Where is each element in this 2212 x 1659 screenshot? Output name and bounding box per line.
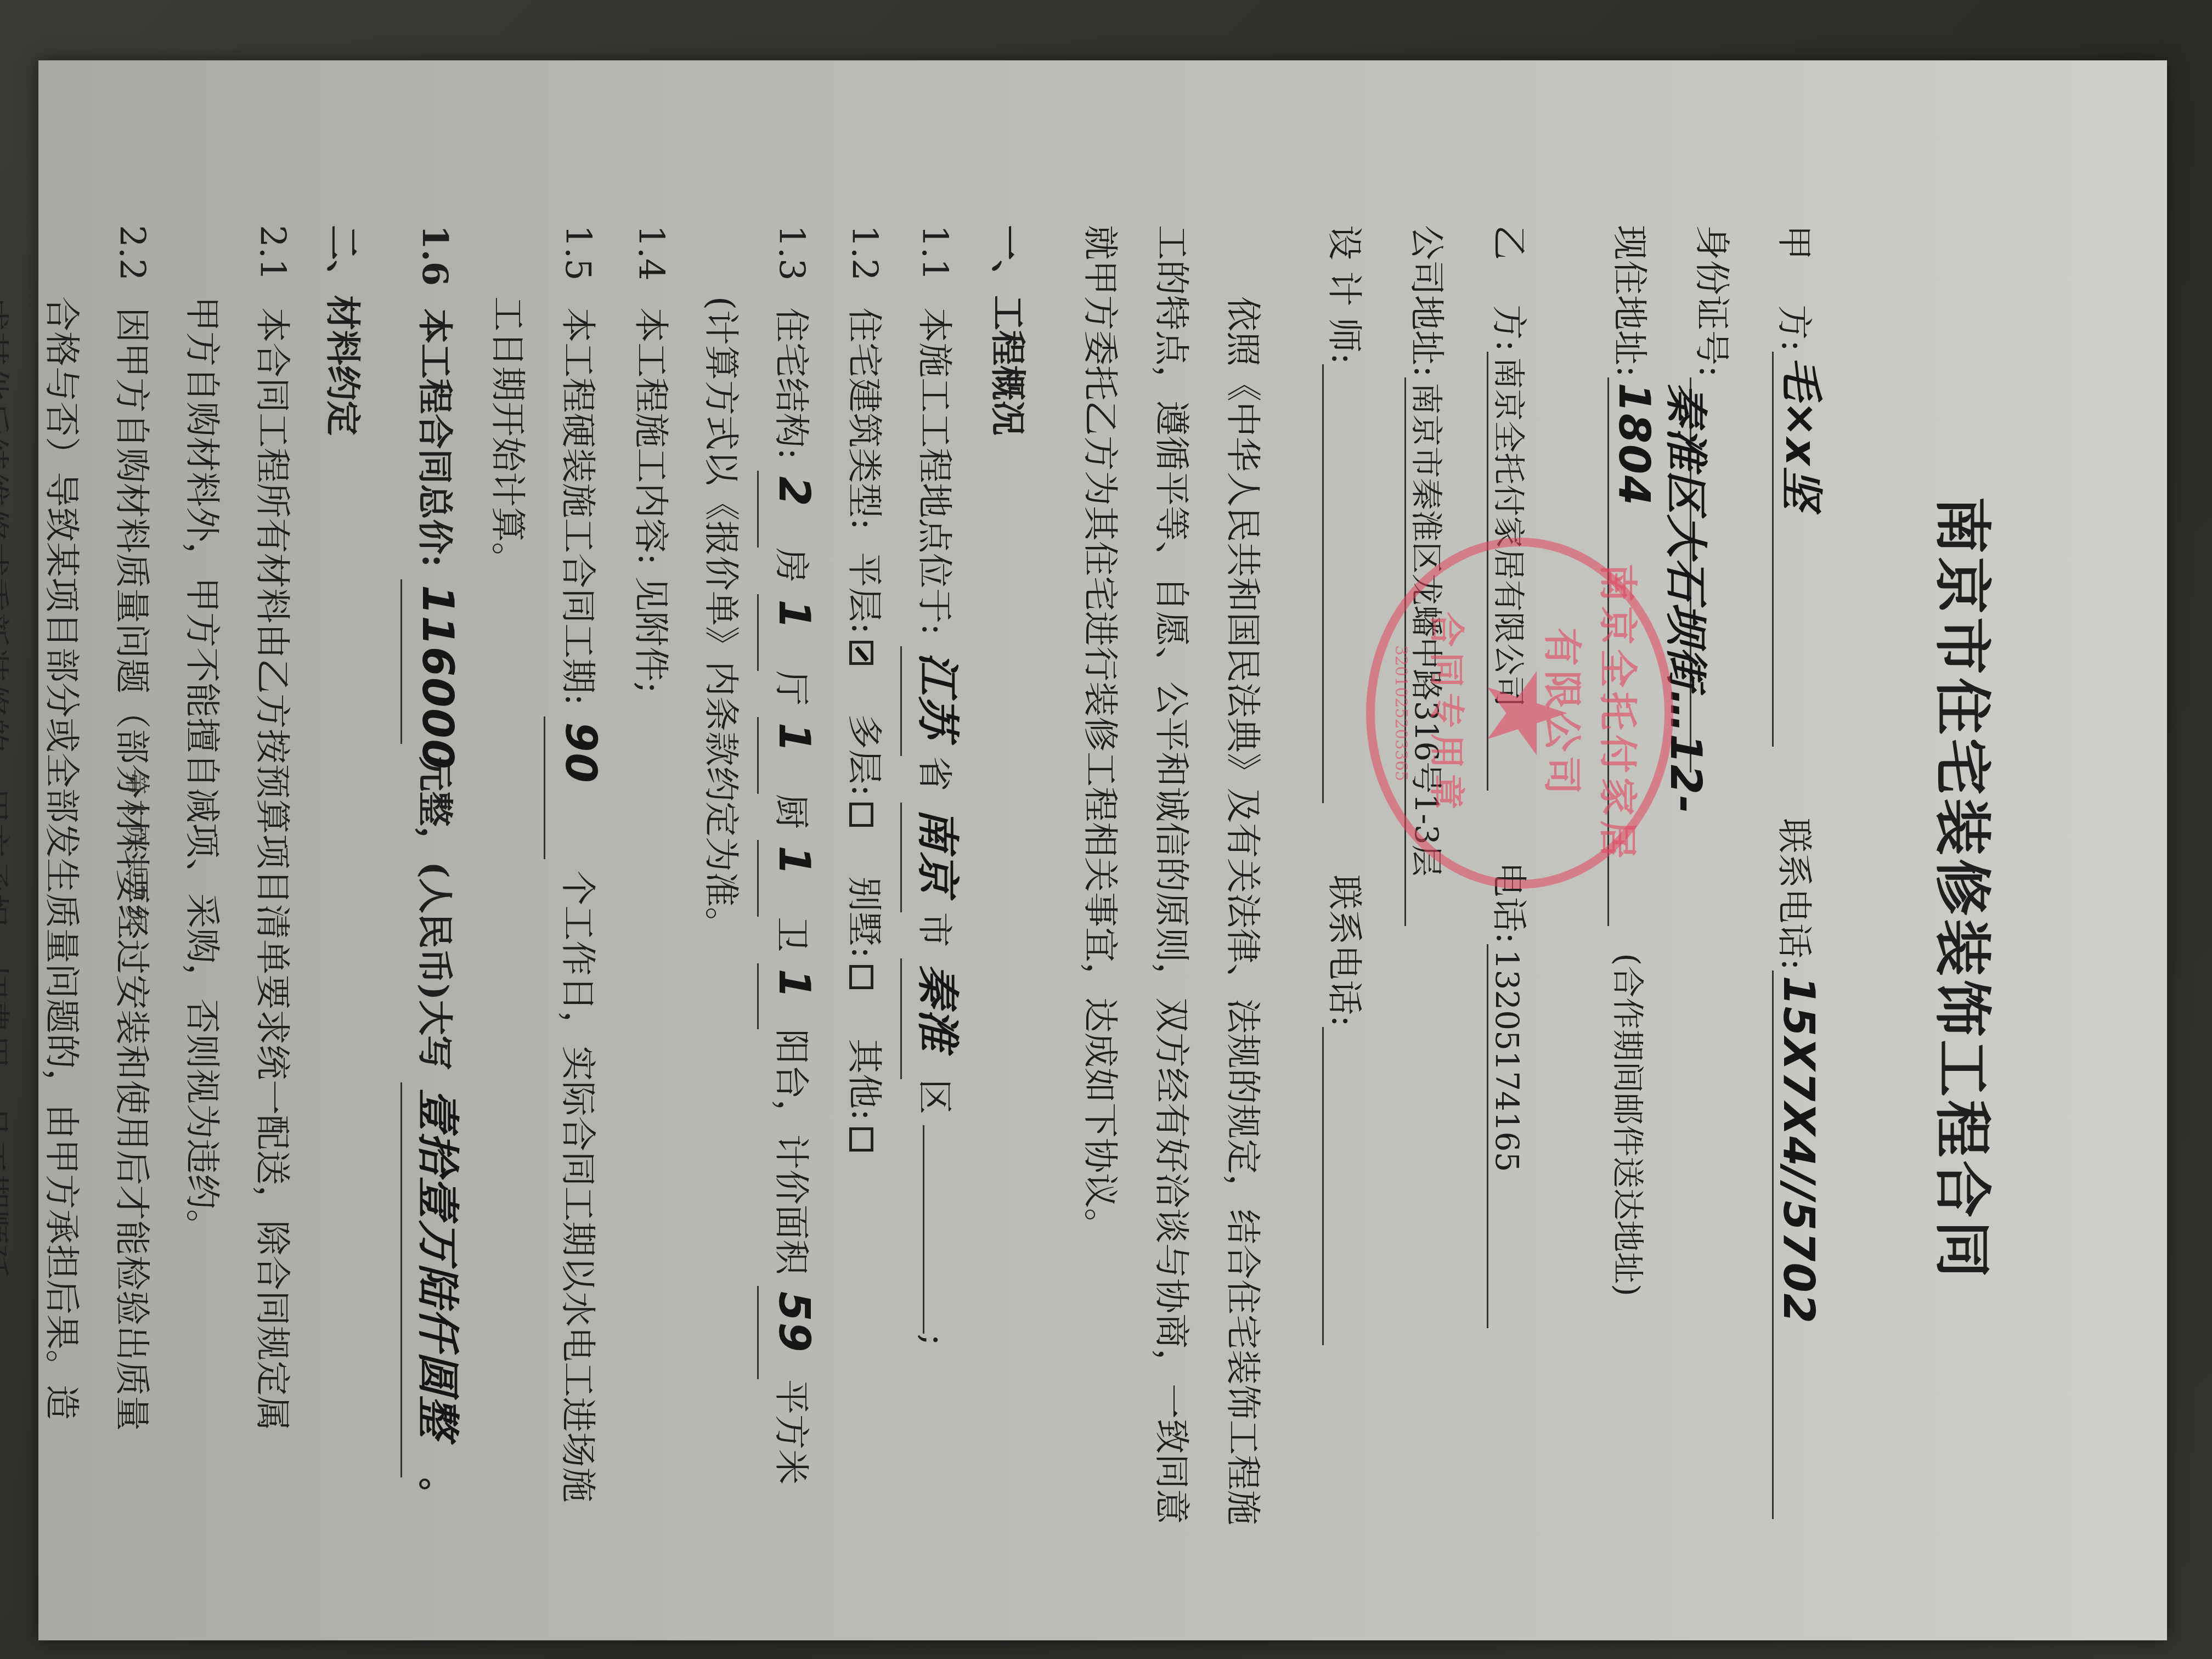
clause-2-1: 2.1 本合同工程所有材料由乙方按预算项目清单要求统一配送，除合同规定属 [237, 225, 307, 1553]
kitchens-unit: 厨 [771, 794, 811, 829]
clause-1-6-label: 本工程合同总价: [414, 308, 455, 567]
clause-number: 1.2 [829, 225, 899, 296]
preamble-paragraph: 依照《中华人民共和国民法典》及有关法律、法规的规定，结合住宅装饰工程施工的特点，… [1064, 225, 1278, 1553]
party-b-phone-field[interactable]: 13205174165 [1487, 944, 1526, 1328]
address-note: (合作期间邮件送达地址) [1607, 953, 1654, 1296]
party-a-phone-field[interactable]: 15X7X4//5702 [1772, 970, 1823, 1519]
clause-number: 1.3 [756, 225, 826, 296]
party-a-phone-label: 联系电话: [1772, 818, 1822, 970]
company-address-row: 公司地址: 南京市秦淮区龙蟠中路316号1-3层 [1404, 225, 1487, 1553]
total-price-upper-field[interactable]: 壹拾壹万陆仟圆整 [400, 1082, 472, 1477]
rooms-unit: 房 [771, 548, 811, 583]
clause-number: 1.6 [399, 225, 470, 296]
balconies-field[interactable]: 1 [757, 963, 829, 1029]
document-title: 南京市住宅装修装饰工程合同 [1926, 225, 2008, 1553]
clause-1-5-text: 个工作日，实际合同工期以水电工进场施 [557, 871, 598, 1503]
amount-suffix: 元整，(人民币)大写 [414, 756, 455, 1070]
area-field[interactable]: 59 [757, 1286, 829, 1379]
building-type-label: 别墅: [844, 876, 884, 958]
section-1-heading: 一、工程概况 [972, 225, 1042, 1553]
balconies-unit: 阳台，计价面积 [771, 1029, 811, 1275]
clause-number: 2.1 [237, 225, 307, 296]
rooms-field[interactable]: 2 [757, 471, 829, 548]
building-type-checkbox[interactable] [850, 641, 874, 665]
clause-2-1-line-2: 甲方自购材料外，甲方不能擅自减项、采购，否则视为违约。 [167, 225, 237, 1553]
province-suffix: 省 [914, 756, 955, 791]
clause-1-3-label: 住宅结构: [771, 307, 811, 460]
contract-paper: 南京市住宅装修装饰工程合同 甲 方: 毛×x坚 联系电话: 15X7X4//57… [38, 60, 2167, 1640]
district-suffix: 区 [914, 1079, 955, 1114]
clause-tail: ; [914, 1334, 955, 1346]
party-b-name-field[interactable]: 南京全托付家居有限公司 [1487, 352, 1534, 791]
city-suffix: 市 [914, 912, 955, 947]
designer-field[interactable] [1322, 364, 1361, 803]
clause-1-5-continuation: 工日期开始计算。 [472, 225, 543, 1553]
clause-1-5-label: 本工程硬装施工合同工期: [557, 307, 598, 706]
contract-page: 南京市住宅装修装饰工程合同 甲 方: 毛×x坚 联系电话: 15X7X4//57… [38, 60, 2167, 1640]
building-type-label: 多层: [844, 714, 884, 797]
baths-field[interactable]: 1 [757, 840, 829, 917]
building-type-checkbox[interactable] [850, 803, 874, 827]
party-a-label: 甲 方: [1772, 225, 1822, 352]
clause-1-4: 1.4 本工程施工内容: 见附件; [616, 225, 686, 1553]
clause-number: 1.1 [899, 225, 969, 296]
party-b-phone-label: 电话: [1487, 862, 1537, 944]
building-type-label: 其他: [844, 1039, 884, 1121]
party-a-address-row: 现住地址: 秦淮区大石坝街…12-1804 (合作期间邮件送达地址) [1607, 225, 1690, 1553]
page-footer: 第 1 页 共 7 页 [121, 60, 154, 1640]
designer-phone-label: 联系电话: [1322, 874, 1373, 1027]
district-field[interactable]: 秦淮 [900, 958, 972, 1079]
clause-number: 1.5 [543, 225, 613, 296]
kitchens-field[interactable]: 1 [757, 717, 829, 794]
clause-2-1-line-1: 本合同工程所有材料由乙方按预算项目清单要求统一配送，除合同规定属 [252, 307, 292, 1431]
company-address-field[interactable]: 南京市秦淮区龙蟠中路316号1-3层 [1404, 377, 1452, 926]
party-b-label: 乙 方: [1487, 225, 1537, 352]
clause-1-4-text: 本工程施工内容: 见附件; [630, 307, 671, 693]
party-a-id-label: 身份证号: [1690, 225, 1740, 377]
clause-number: 1.4 [616, 225, 686, 296]
building-type-checkbox[interactable] [850, 965, 874, 989]
building-type-label: 平层: [844, 552, 884, 634]
province-field[interactable]: 江苏 [900, 646, 972, 756]
party-b-row: 乙 方: 南京全托付家居有限公司 电话: 13205174165 [1487, 225, 1569, 1553]
party-a-address-label: 现住地址: [1607, 225, 1658, 377]
designer-label: 设 计 师: [1322, 225, 1373, 364]
clause-end: 。 [414, 1477, 455, 1513]
baths-unit: 卫 [771, 917, 811, 952]
designer-phone-field[interactable] [1322, 1027, 1361, 1345]
section-2-heading: 二、材料约定 [307, 225, 377, 1553]
designer-row: 设 计 师: 联系电话: [1322, 225, 1404, 1553]
area-unit: 平方米 [771, 1379, 811, 1485]
party-a-name-field[interactable]: 毛×x坚 [1772, 352, 1835, 747]
calculation-note: (计算方式以《报价单》内条款约定为准。 [686, 225, 756, 1553]
clause-1-1: 1.1 本施工工程地点位于: 江苏省 南京市 秦淮区 ; [899, 225, 972, 1553]
clause-1-2: 1.2 住宅建筑类型: 平层:多层:别墅:其他: [829, 225, 899, 1553]
clause-1-6: 1.6 本工程合同总价: 116000 元整，(人民币)大写 壹拾壹万陆仟圆整。 [399, 225, 472, 1553]
duration-days-field[interactable]: 90 [544, 716, 616, 859]
clause-2-2-line-2: 合格与否）导致某项目部分或全部发生质量问题的，由甲方承担后果。造 [26, 225, 97, 1553]
clause-1-5: 1.5 本工程硬装施工合同工期: 90 个工作日，实际合同工期以水电工进场施 [543, 225, 616, 1553]
city-field[interactable]: 南京 [900, 803, 972, 912]
halls-unit: 厅 [771, 671, 811, 706]
clause-1-2-label: 住宅建筑类型: [844, 307, 884, 530]
clause-2-2-line-3: 成其他后续维修或重新装修的，甲方承担一切费用，且工期顺延。 [0, 225, 26, 1553]
total-price-field[interactable]: 116000 [400, 579, 472, 744]
halls-field[interactable]: 1 [757, 594, 829, 671]
party-a-address-field[interactable]: 秦淮区大石坝街…12-1804 [1607, 377, 1720, 926]
building-type-checkbox[interactable] [850, 1127, 874, 1152]
clause-1-3: 1.3 住宅结构: 2房 1厅 1厨 1卫 1阳台，计价面积 59平方米 [756, 225, 829, 1553]
company-address-label: 公司地址: [1404, 225, 1455, 377]
clause-1-1-label: 本施工工程地点位于: [914, 307, 955, 635]
location-detail-field[interactable] [923, 1125, 961, 1334]
party-a-row: 甲 方: 毛×x坚 联系电话: 15X7X4//5702 [1772, 225, 1854, 1553]
